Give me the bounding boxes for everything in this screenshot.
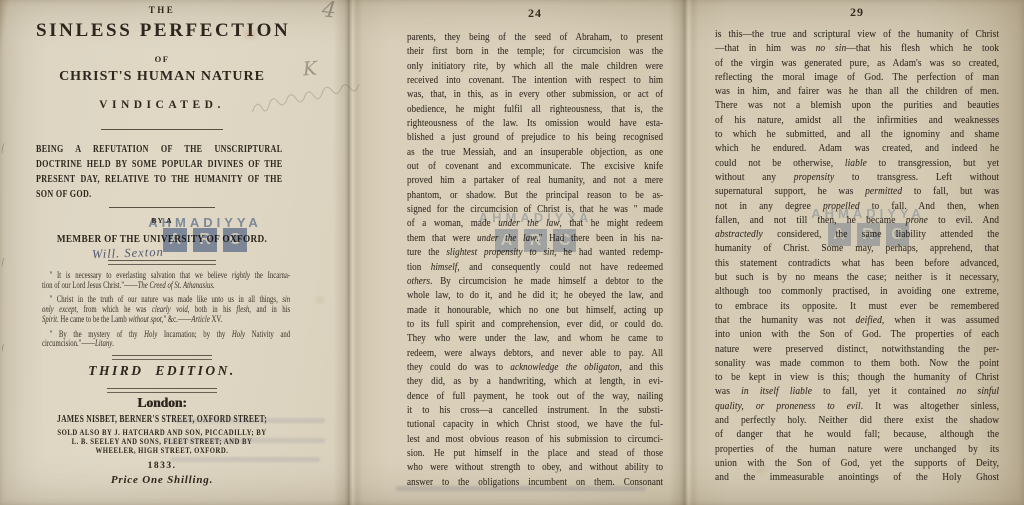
divider-rule bbox=[101, 129, 223, 130]
page-number: 29 bbox=[715, 5, 999, 20]
book-title: SINLESS PERFECTION bbox=[36, 20, 288, 42]
text-line: reflecting the moral image of God. The p… bbox=[715, 70, 999, 84]
author-line: MEMBER OF THE UNIVERSITY OF OXFORD. bbox=[36, 233, 288, 245]
text-line: WHEELER, HIGH STREET, OXFORD. bbox=[36, 447, 288, 456]
text-line: parents, they being of the seed of Abrah… bbox=[407, 30, 663, 44]
double-rule bbox=[108, 260, 216, 265]
text-line: sonality was made common to them both. N… bbox=[715, 356, 999, 370]
text-line: made it honourable, which no one but him… bbox=[407, 303, 663, 317]
text-line: DOCTRINE HELD BY SOME POPULAR DIVINES OF… bbox=[36, 157, 282, 172]
text-line: into union with the Son of God. The prop… bbox=[715, 327, 999, 341]
text-line: out of covenant and excommunicate. The e… bbox=[407, 159, 663, 173]
text-line: was in itself liable to fall, yet it con… bbox=[715, 384, 999, 398]
text-line: answer to the obligations incumbent on t… bbox=[407, 475, 663, 489]
text-line: as the true Messiah, and an insuperable … bbox=[407, 145, 663, 159]
page-number: 24 bbox=[407, 6, 663, 21]
title-the: THE bbox=[36, 5, 288, 15]
text-line: nature were preserved distinct, notwiths… bbox=[715, 342, 999, 356]
text-line: is this—the true and scriptural view of … bbox=[715, 27, 999, 41]
text-line: to embrace its opposite. It must ever be… bbox=[715, 299, 999, 313]
text-line: their first born in the temple; for circ… bbox=[407, 44, 663, 58]
text-line: righteousness of the law. Its omission w… bbox=[407, 116, 663, 130]
text-line: quality, or proneness to evil. It was al… bbox=[715, 399, 999, 413]
text-line: PRESENT DAY, RELATIVE TO THE HUMANITY OF… bbox=[36, 172, 282, 187]
text-line: could not be otherwise, liable to transg… bbox=[715, 156, 999, 170]
refutation-statement: BEING A REFUTATION OF THE UNSCRIPTURALDO… bbox=[36, 142, 282, 202]
book-subtitle: CHRIST'S HUMAN NATURE bbox=[36, 69, 288, 85]
pencil-numeral-annotation: 4 bbox=[321, 0, 338, 24]
imprint-sellers: SOLD ALSO BY J. HATCHARD AND SON, PICCAD… bbox=[36, 429, 288, 455]
text-line: to its full spirit and comprehension, ev… bbox=[407, 317, 663, 331]
text-line: of his nature, amidst all the infirmitie… bbox=[715, 113, 999, 127]
text-line: not in any degree propelled to fall. And… bbox=[715, 199, 999, 213]
double-rule bbox=[112, 355, 212, 360]
quote-athanasius: " It is necessary to everlasting salvati… bbox=[42, 271, 290, 291]
text-line: abstractedly considered, the same liabil… bbox=[715, 227, 999, 241]
title-of: OF bbox=[36, 54, 288, 64]
text-line: they could do was to acknowledge the obl… bbox=[407, 360, 663, 374]
text-line: to be kept in view is this; though the h… bbox=[715, 370, 999, 384]
quote-article-xv: " Christ in the truth of our nature was … bbox=[42, 295, 290, 325]
text-line: SON OF GOD. bbox=[36, 187, 282, 202]
text-line: was in him, and fairer was he than all t… bbox=[715, 84, 999, 98]
text-line: dence of full payment, he took out of th… bbox=[407, 389, 663, 403]
text-line: others. By circumcision he made himself … bbox=[407, 274, 663, 288]
text-line: but such is by no means the case; neithe… bbox=[715, 270, 999, 284]
text-line: without any propensity to transgress. Le… bbox=[715, 170, 999, 184]
text-line: Spirit. He came to be the Lamb without s… bbox=[42, 315, 290, 325]
text-line: which he endured. Adam was created, and … bbox=[715, 141, 999, 155]
text-line: fallen, and not till then, he became pro… bbox=[715, 213, 999, 227]
text-line: and perfectly holy. Neither did there ex… bbox=[715, 413, 999, 427]
text-line: whole law, to do it, and he did it; he o… bbox=[407, 288, 663, 302]
pencil-letter-annotation: K bbox=[302, 58, 318, 81]
page-24-text: parents, they being of the seed of Abrah… bbox=[407, 30, 663, 489]
text-line: who were without strength to obey, and w… bbox=[407, 460, 663, 474]
text-line: of a woman, made under the law, that he … bbox=[407, 216, 663, 230]
by-a-line: BY A bbox=[36, 216, 288, 225]
text-line: ture the slightest propensity to sin, he… bbox=[407, 245, 663, 259]
text-line: tutional capacity in which Christ stood,… bbox=[407, 417, 663, 431]
quote-litany: " By the mystery of thy Holy Incarnation… bbox=[42, 330, 290, 350]
text-line: to which he submitted, and all the ignom… bbox=[715, 127, 999, 141]
text-line: —that in him was no sin—that his flesh w… bbox=[715, 41, 999, 55]
page-29: 29 is this—the true and scriptural view … bbox=[684, 0, 1024, 505]
text-line: obedience, he might fulfil all righteous… bbox=[407, 102, 663, 116]
text-line: and the immeasurable anointings of the H… bbox=[715, 470, 999, 484]
text-line: union with the Son of God, yet the suppo… bbox=[715, 456, 999, 470]
text-line: received into covenant. The intention wi… bbox=[407, 73, 663, 87]
double-rule bbox=[107, 388, 217, 393]
text-line: There was not a blemish upon the puritie… bbox=[715, 98, 999, 112]
text-line: circumcision."——Litany. bbox=[42, 339, 290, 349]
imprint-year: 1833. bbox=[36, 461, 288, 471]
text-line: tion of our Lord Jesus Christ."——The Cre… bbox=[42, 281, 290, 291]
divider-rule bbox=[109, 207, 215, 208]
text-line: BEING A REFUTATION OF THE UNSCRIPTURAL bbox=[36, 142, 282, 157]
text-line: tion himself, and consequently could not… bbox=[407, 260, 663, 274]
page-29-text: is this—the true and scriptural view of … bbox=[715, 27, 999, 485]
text-line: was, that, in this, as in every other su… bbox=[407, 87, 663, 101]
text-line: lest and most obvious reason of his subm… bbox=[407, 432, 663, 446]
text-line: sion. He put himself in the place and st… bbox=[407, 446, 663, 460]
text-line: only initiatory rite, by which all the m… bbox=[407, 59, 663, 73]
edition-line: THIRD EDITION. bbox=[36, 363, 288, 379]
imprint-city: London: bbox=[36, 395, 288, 411]
book-scan: THE SINLESS PERFECTION OF CHRIST'S HUMAN… bbox=[0, 0, 1024, 505]
text-line: it to his cross—a cancelled instrument. … bbox=[407, 403, 663, 417]
text-line: them that were under the law." Had there… bbox=[407, 231, 663, 245]
text-line: proved him a partaker of real humanity, … bbox=[407, 173, 663, 187]
text-line: although too commonly practised, in avoi… bbox=[715, 284, 999, 298]
text-line: of danger that he would fall; because, a… bbox=[715, 427, 999, 441]
text-line: properties of the human nature were unch… bbox=[715, 442, 999, 456]
epigraph-quotes: " It is necessary to everlasting salvati… bbox=[42, 271, 290, 354]
text-line: that the humanity was not deified, when … bbox=[715, 313, 999, 327]
text-line: blished a just ground of prejudice to hi… bbox=[407, 130, 663, 144]
imprint-price: Price One Shilling. bbox=[36, 474, 288, 486]
title-page: THE SINLESS PERFECTION OF CHRIST'S HUMAN… bbox=[0, 0, 348, 505]
text-line: of the virgin was generated pure, as Ada… bbox=[715, 56, 999, 70]
text-line: supernatural support, he was permitted t… bbox=[715, 184, 999, 198]
text-line: redeem, were always debtors, and never a… bbox=[407, 346, 663, 360]
text-line: phantom, or shadow. But the principal re… bbox=[407, 188, 663, 202]
imprint-publisher: JAMES NISBET, BERNER'S STREET, OXFORD ST… bbox=[36, 414, 288, 425]
text-line: signed for the circumcision of Christ is… bbox=[407, 202, 663, 216]
text-line: They who were under the law, and whom he… bbox=[407, 331, 663, 345]
text-line: this statement contradicts what has been… bbox=[715, 256, 999, 270]
page-24: 24 parents, they being of the seed of Ab… bbox=[348, 0, 684, 505]
text-line: they did, as by a handwriting, which at … bbox=[407, 374, 663, 388]
text-line: humanity of Christ. Some may, perhaps, a… bbox=[715, 241, 999, 255]
